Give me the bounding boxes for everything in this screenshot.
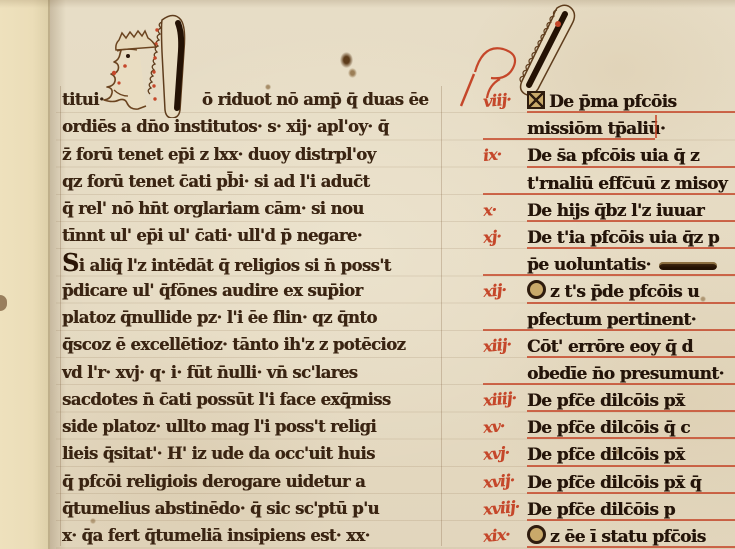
line-text: q̄scoz ē excellētioz· tānto ih'z z potēc…: [62, 335, 405, 354]
line-text: sacdotes n̄ c̄ati possūt l'i face exq̄mi…: [62, 390, 391, 409]
ink-stain: [348, 68, 357, 78]
chapter-row: ix·De s̄a pfcōis uia q̄ z: [483, 142, 735, 169]
red-underline: [527, 410, 735, 412]
text-line: Si aliq̄ l'z intēdāt q̄ religios si n̄ p…: [62, 250, 444, 277]
chapter-title: t'rnaliū effc̄uū z misoy: [527, 174, 727, 194]
text-line: vd l'r· xvj· q· i· fūt n̄ulli· vn̄ sc'la…: [62, 359, 444, 386]
line-text: side platoz· ullto mag l'i poss't religi: [62, 417, 376, 436]
text-line: q̄tumelius abstinēdo· q̄ sic sc'ptū p'u: [62, 495, 444, 522]
red-lips: [112, 71, 116, 75]
chapter-row: xiij·Cōt' errōre eoy q̄ d: [483, 333, 735, 360]
chapter-row: xij·z t's p̄de pfcōis u: [483, 278, 735, 305]
line-text: p̄dicare ul' q̄fōnes audire ex sup̄ior: [62, 281, 363, 300]
chapter-title: De hijs q̄bz l'z iuuar: [527, 201, 704, 221]
line-text: lieis q̄sitat'· H' iz ude da occ'uit hui…: [62, 444, 375, 463]
chapter-row: xj·De t'ia pfcōis uia q̄z p: [483, 224, 735, 251]
chapter-numeral: xij·: [482, 275, 528, 306]
ink-stain: [340, 52, 353, 68]
chapter-title: p̄e uoluntatis·: [527, 255, 651, 275]
chapter-title: missiōm tp̄aliū·: [527, 119, 665, 139]
decorated-initial: [527, 91, 545, 109]
chapter-title: De pfc̄e dilc̄ōis p: [527, 500, 675, 520]
chapter-row: xix·z ēe ī statu pfc̄ois: [483, 523, 735, 549]
chapter-numeral: ix·: [482, 139, 528, 170]
text-line: z̄ forū tenet ep̄i z lxx· duoy distrpl'o…: [62, 141, 444, 168]
chapter-title: pfectum pertinent·: [527, 310, 696, 330]
text-line: sacdotes n̄ c̄ati possūt l'i face exq̄mi…: [62, 386, 444, 413]
line-text: q̄ pfcōi religiois derogare uidetur a: [62, 472, 365, 491]
line-text: Si aliq̄ l'z intēdāt q̄ religios si n̄ p…: [62, 256, 391, 275]
red-underline: [527, 492, 735, 494]
eye: [126, 54, 130, 58]
manuscript-page: titui·ō riduot nō amp̄ q̄ duas ēeordiēs …: [0, 0, 735, 549]
text-line: titui·ō riduot nō amp̄ q̄ duas ēe: [62, 86, 444, 113]
chapter-numeral: xvj·: [482, 438, 528, 469]
text-line: platoz q̄nullide pz· l'i ēe flin· qz q̄n…: [62, 304, 444, 331]
red-underline: [527, 111, 735, 113]
line-text: x· q̄a fert q̄tumeliā insipiens est· xx·: [62, 526, 370, 545]
line-text: ordiēs a dn̄o institutos· s· xij· apl'oy…: [62, 117, 389, 136]
chapter-title: De pfc̄e dilcōis px̄: [527, 391, 684, 411]
chapter-numeral: xj·: [482, 220, 528, 251]
text-line: q̄scoz ē excellētioz· tānto ih'z z potēc…: [62, 331, 444, 358]
red-underline: [527, 220, 735, 222]
line-text: platoz q̄nullide pz· l'i ēe flin· qz q̄n…: [62, 308, 377, 327]
chapter-title: obedīe n̄o presumunt·: [527, 364, 724, 384]
line-filler: [659, 262, 717, 270]
text-line: side platoz· ullto mag l'i poss't religi: [62, 413, 444, 440]
red-underline: [527, 437, 735, 439]
decorated-initial: [527, 525, 546, 544]
line-text: vd l'r· xvj· q· i· fūt n̄ulli· vn̄ sc'la…: [62, 363, 357, 382]
text-line: lieis q̄sitat'· H' iz ude da occ'uit hui…: [62, 440, 444, 467]
chapter-numeral: viij·: [482, 84, 528, 115]
red-underline: [527, 302, 735, 304]
text-line: q̄ rel' nō hn̄t orglariam cām· si nou: [62, 195, 444, 222]
chapter-title: De p̄ma pfcōis: [549, 92, 676, 112]
red-dot: [555, 21, 561, 27]
red-underline: [527, 166, 735, 168]
chapter-numeral: xix·: [482, 519, 528, 549]
text-line: x· q̄a fert q̄tumeliā insipiens est· xx·: [62, 522, 444, 549]
chapter-row: viij·De p̄ma pfcōis: [483, 88, 735, 115]
chapter-title: z t's p̄de pfcōis u: [550, 282, 699, 302]
chapter-index-column: viij·De p̄ma pfcōismissiōm tp̄aliū·ix·De…: [483, 88, 735, 549]
red-underline: [527, 247, 735, 249]
chapter-numeral: x·: [482, 193, 528, 224]
chapter-title: De pfc̄e dilcōis q̄ c: [527, 418, 690, 438]
chapter-title: De pfc̄e dilcōis px̄ q̄: [527, 473, 701, 493]
chapter-numeral: xiij·: [482, 329, 528, 360]
red-underline: [527, 546, 735, 548]
chapter-title: De s̄a pfcōis uia q̄ z: [527, 146, 699, 166]
chapter-title: Cōt' errōre eoy q̄ d: [527, 337, 693, 357]
line-text: titui·: [62, 90, 104, 109]
left-text-column: titui·ō riduot nō amp̄ q̄ duas ēeordiēs …: [62, 86, 444, 549]
text-line: q̄ pfcōi religiois derogare uidetur a: [62, 468, 444, 495]
line-text: q̄tumelius abstinēdo· q̄ sic sc'ptū p'u: [62, 499, 379, 518]
chapter-title: z ēe ī statu pfc̄ois: [550, 527, 706, 547]
vertical-ruling-left: [60, 86, 61, 546]
red-bracket-tick: [655, 115, 657, 138]
decorated-initial: [527, 280, 546, 299]
crown-cap: [116, 31, 156, 50]
red-underline: [527, 356, 735, 358]
chapter-numeral: xviij·: [482, 492, 528, 523]
chapter-title: De pfc̄e dilcōis px̄: [527, 445, 684, 465]
line-text-continued: ō riduot nō amp̄ q̄ duas ēe: [202, 90, 428, 109]
line-text: q̄ rel' nō hn̄t orglariam cām· si nou: [62, 199, 364, 218]
text-line: tīnnt ul' ep̄i ul' c̄ati· ull'd p̄ negar…: [62, 222, 444, 249]
text-line: p̄dicare ul' q̄fōnes audire ex sup̄ior: [62, 277, 444, 304]
red-underline: [527, 465, 735, 467]
line-text: tīnnt ul' ep̄i ul' c̄ati· ull'd p̄ negar…: [62, 226, 362, 245]
underlying-folio-edge: [0, 0, 50, 549]
chapter-row: xvj·De pfc̄e dilcōis px̄: [483, 441, 735, 468]
line-text: z̄ forū tenet ep̄i z lxx· duoy distrpl'o…: [62, 145, 376, 164]
red-underline: [527, 519, 735, 521]
chapter-numeral: xvij·: [482, 465, 528, 496]
text-line: qz forū tenet c̄ati pb̄i· si ad l'i aduc…: [62, 168, 444, 195]
line-text: qz forū tenet c̄ati pb̄i· si ad l'i aduc…: [62, 172, 369, 191]
chapter-title: De t'ia pfcōis uia q̄z p: [527, 228, 719, 248]
text-line: ordiēs a dn̄o institutos· s· xij· apl'oy…: [62, 113, 444, 140]
